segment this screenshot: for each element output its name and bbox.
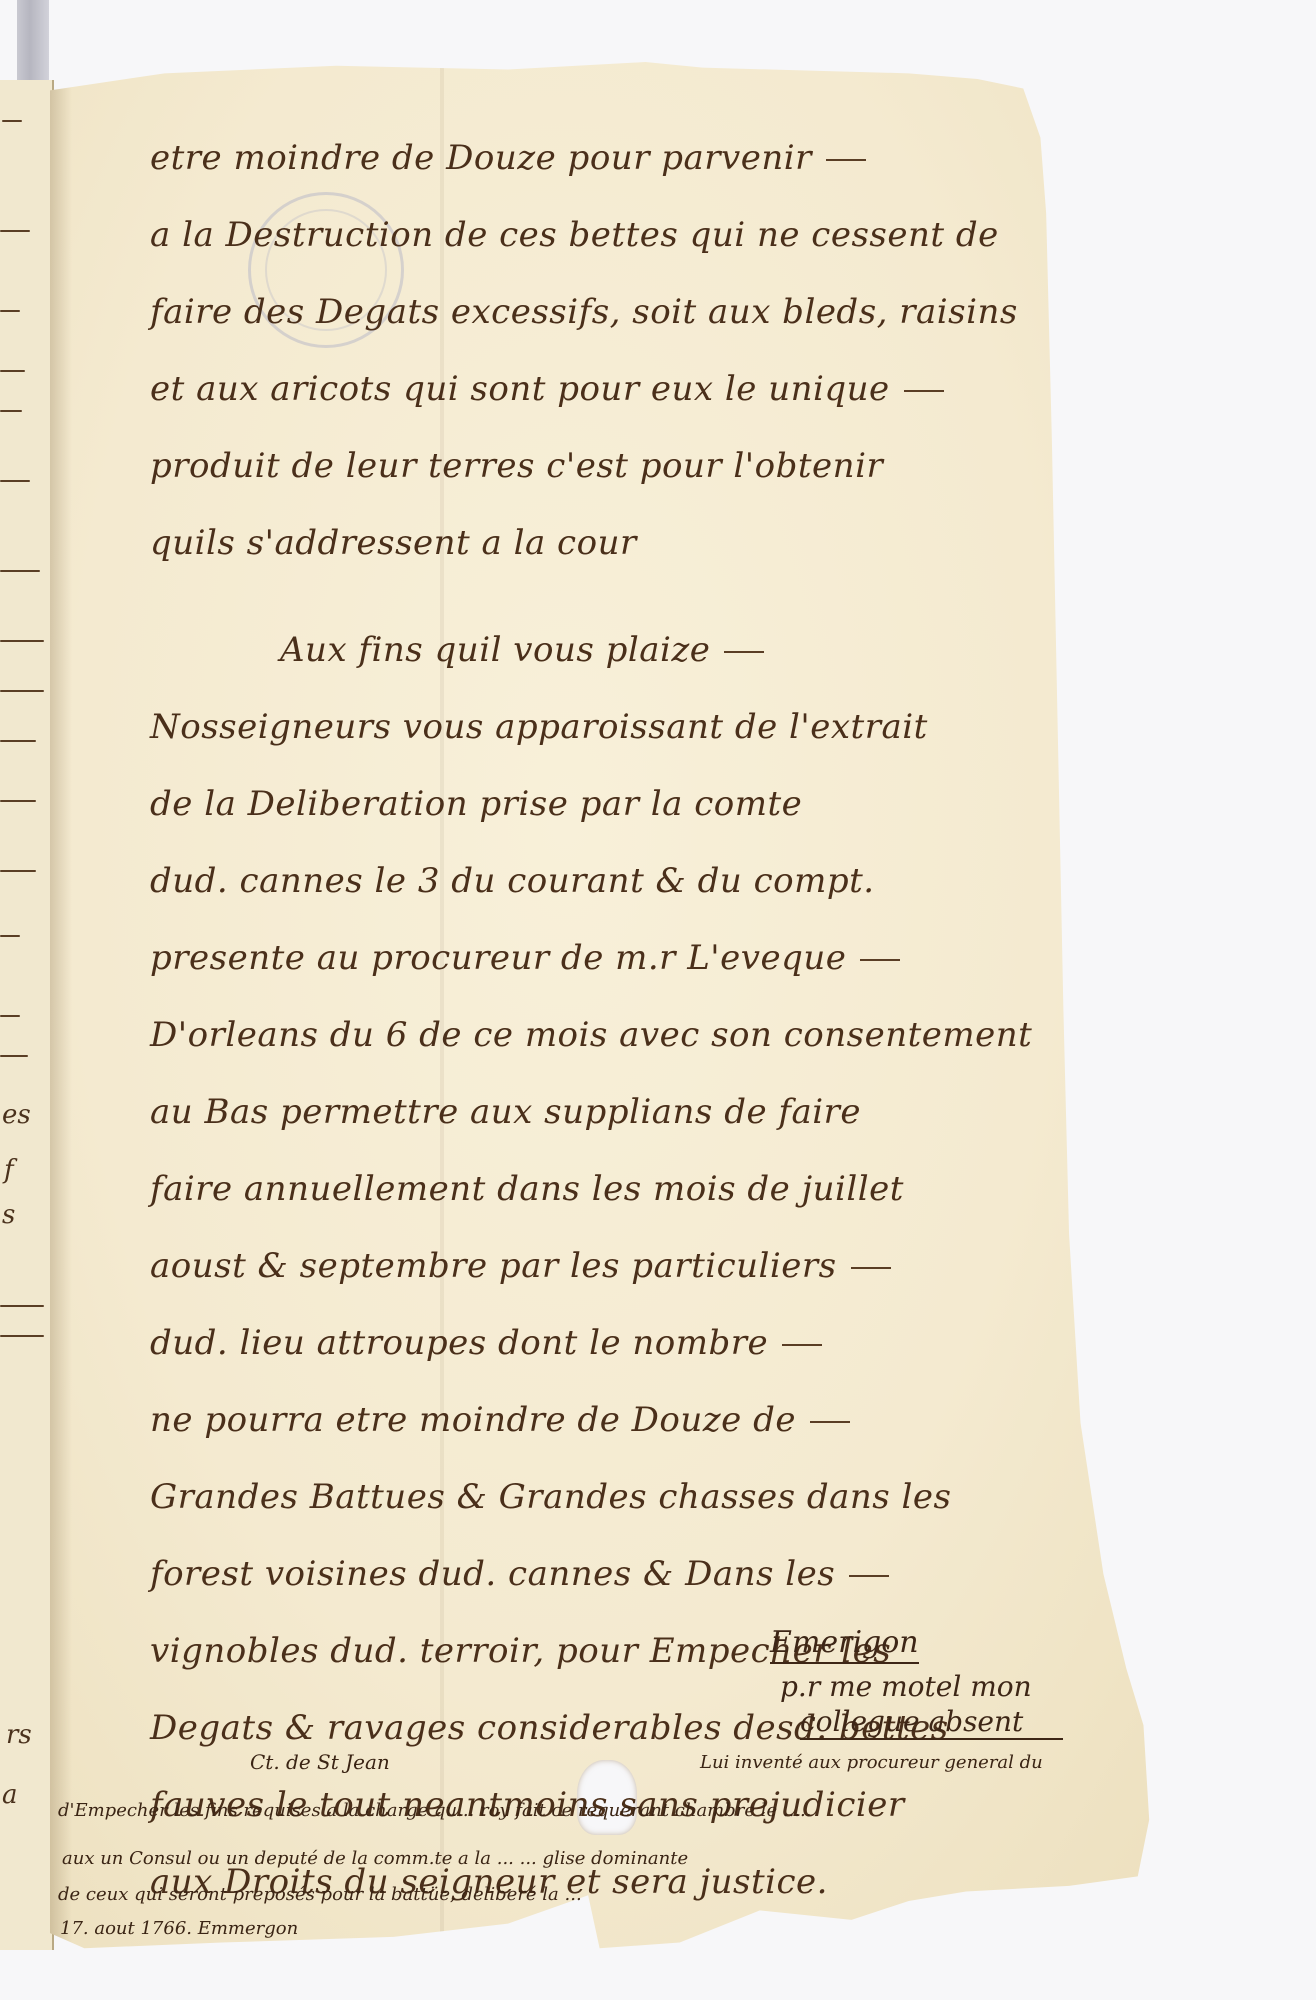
line-filler <box>904 390 944 392</box>
text-line: faire des Degats excessifs, soit aux ble… <box>150 274 1150 351</box>
annotation-date-line: 17. aout 1766. Emmergon <box>60 1918 298 1939</box>
ink-stroke <box>0 230 30 232</box>
prev-page-fragment: a <box>2 1780 18 1810</box>
text-line: a la Destruction de ces bettes qui ne ce… <box>150 197 1150 274</box>
ink-stroke <box>0 570 40 572</box>
text-line: dud. cannes le 3 du courant & du compt. <box>150 843 1150 920</box>
ink-stroke <box>2 120 22 122</box>
text-line: etre moindre de Douze pour parvenir <box>150 120 1150 197</box>
ink-stroke <box>0 310 20 312</box>
previous-page-edge: es f s rs a <box>0 80 54 1950</box>
text-line: Nosseigneurs vous apparoissant de l'extr… <box>150 689 1150 766</box>
prev-page-fragment: s <box>2 1200 15 1230</box>
line-filler <box>860 959 900 961</box>
text-line: faire annuellement dans les mois de juil… <box>150 1151 1150 1228</box>
annotation-heading: Ct. de St Jean <box>250 1750 390 1774</box>
binder-strip <box>17 0 49 85</box>
text-line: presente au procureur de m.r L'eveque <box>150 920 1150 997</box>
text-line: produit de leur terres c'est pour l'obte… <box>150 428 1150 505</box>
annotation-line: de ceux qui seront preposés pour la batt… <box>58 1884 582 1905</box>
prev-page-fragment: es <box>2 1100 31 1130</box>
ink-stroke <box>0 410 22 412</box>
text-line: dud. lieu attroupes dont le nombre <box>150 1305 1150 1382</box>
text-line: ne pourra etre moindre de Douze de <box>150 1382 1150 1459</box>
text-line: forest voisines dud. cannes & Dans les <box>150 1536 1150 1613</box>
signature-proxy-line-1: p.r me motel mon <box>780 1670 1032 1703</box>
ink-stroke <box>0 1015 20 1017</box>
text-line: Grandes Battues & Grandes chasses dans l… <box>150 1459 1150 1536</box>
line-filler <box>826 159 866 161</box>
ink-stroke <box>0 1055 28 1057</box>
ink-stroke <box>0 370 25 372</box>
ink-stroke <box>0 740 36 742</box>
signature-emerigon: Emerigon <box>770 1625 919 1664</box>
prev-page-fragment: f <box>4 1155 14 1185</box>
annotation-line: Lui inventé aux procureur general du <box>700 1752 1043 1773</box>
ink-stroke <box>0 870 36 872</box>
ink-stroke <box>0 690 44 692</box>
ink-stroke <box>0 935 20 937</box>
line-filler <box>810 1421 850 1423</box>
ink-stroke <box>0 1335 44 1337</box>
conclusion-heading: Aux fins quil vous plaize <box>150 612 1150 689</box>
line-filler <box>724 651 764 653</box>
annotation-line: aux un Consul ou un deputé de la comm.te… <box>62 1848 688 1869</box>
prev-page-fragment: rs <box>6 1720 32 1750</box>
annotation-line: d'Empecher les fins requises a la charge… <box>58 1800 812 1821</box>
text-line: aoust & septembre par les particuliers <box>150 1228 1150 1305</box>
ink-stroke <box>0 1305 44 1307</box>
manuscript-body: etre moindre de Douze pour parvenir a la… <box>150 120 1150 1921</box>
line-filler <box>851 1267 891 1269</box>
ink-stroke <box>0 480 30 482</box>
line-filler <box>849 1575 889 1577</box>
signature-proxy-line-2: collegue absent <box>800 1705 1063 1740</box>
line-filler <box>782 1344 822 1346</box>
text-line: quils s'addressent a la cour <box>150 505 1150 582</box>
ink-stroke <box>0 800 36 802</box>
text-line: au Bas permettre aux supplians de faire <box>150 1074 1150 1151</box>
ink-stroke <box>0 640 44 642</box>
text-line: D'orleans du 6 de ce mois avec son conse… <box>150 997 1150 1074</box>
text-line: de la Deliberation prise par la comte <box>150 766 1150 843</box>
text-line: et aux aricots qui sont pour eux le uniq… <box>150 351 1150 428</box>
